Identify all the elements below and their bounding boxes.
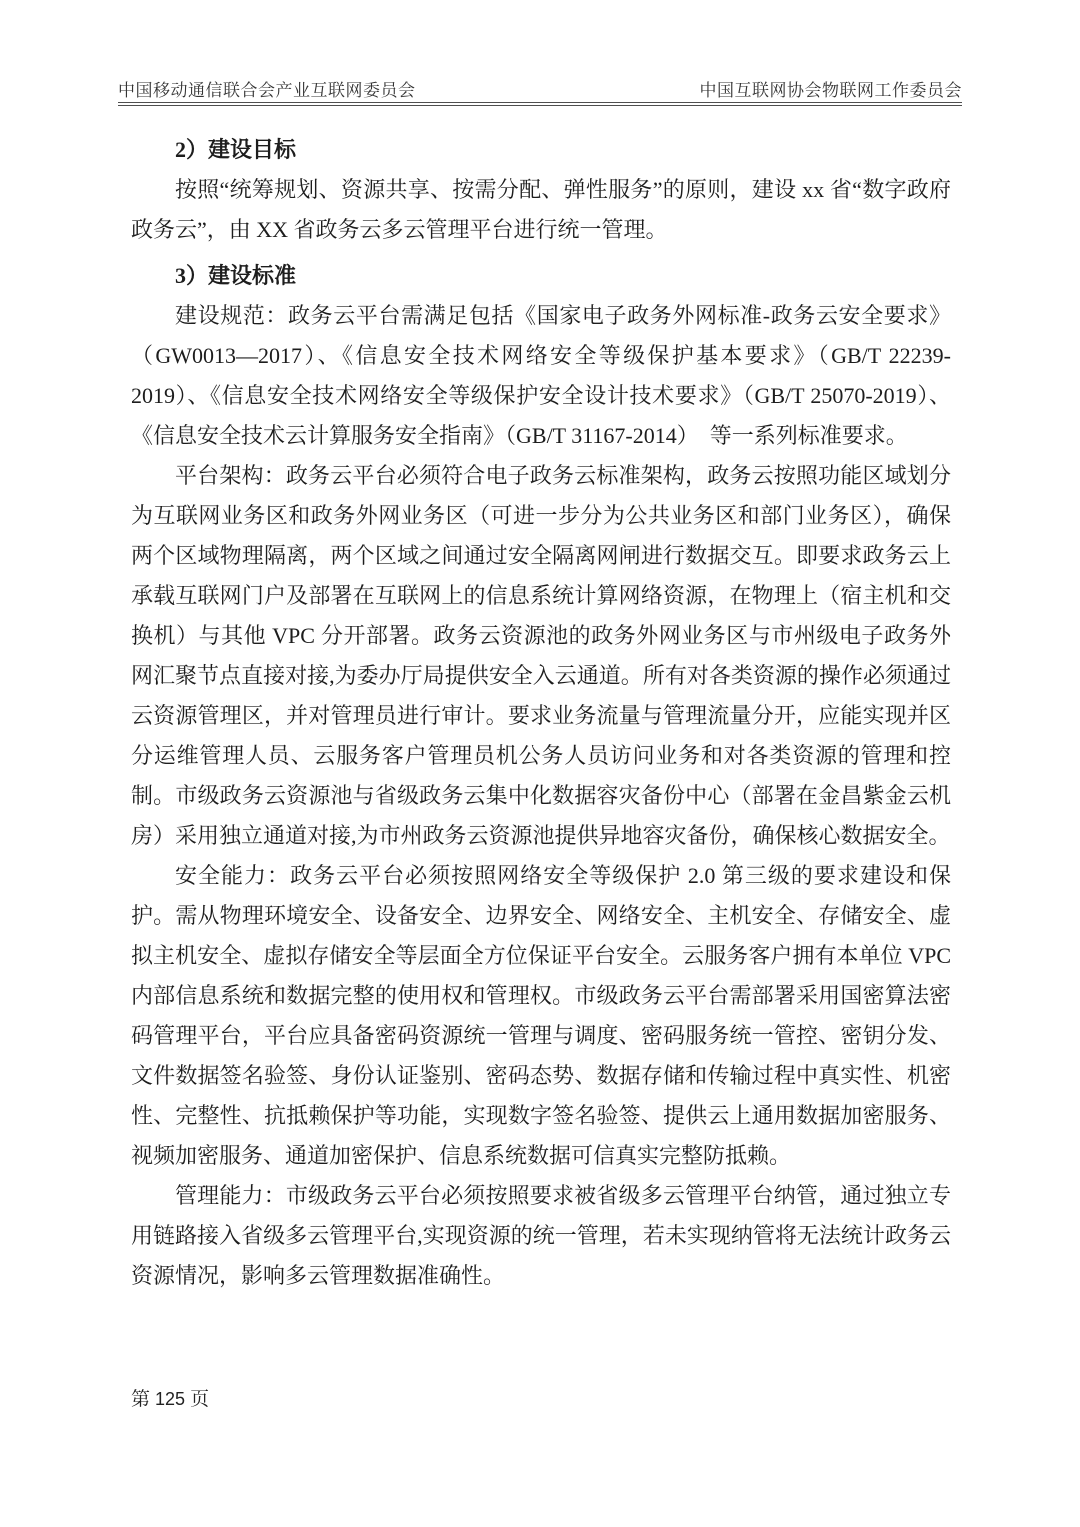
header-left-text: 中国移动通信联合会产业互联网委员会	[118, 76, 416, 101]
page-footer: 第125页	[131, 1384, 209, 1411]
paragraph-security-capability: 安全能力：政务云平台必须按照网络安全等级保护 2.0 第三级的要求建设和保护。需…	[131, 856, 951, 1176]
paragraph-platform-architecture: 平台架构：政务云平台必须符合电子政务云标准架构，政务云按照功能区域划分为互联网业…	[131, 456, 951, 856]
page-number-suffix: 页	[190, 1389, 209, 1410]
document-content: 2）建设目标 按照“统筹规划、资源共享、按需分配、弹性服务”的原则，建设 xx …	[131, 124, 951, 1296]
header-rule	[118, 102, 962, 106]
page-number-prefix: 第	[131, 1389, 150, 1410]
section-heading-construction-goal: 2）建设目标	[131, 130, 951, 170]
paragraph-management-capability: 管理能力：市级政务云平台必须按照要求被省级多云管理平台纳管，通过独立专用链路接入…	[131, 1176, 951, 1296]
header-right-text: 中国互联网协会物联网工作委员会	[700, 76, 963, 101]
section-heading-construction-standard: 3）建设标准	[131, 256, 951, 296]
paragraph-construction-spec: 建设规范：政务云平台需满足包括《国家电子政务外网标准-政务云安全要求》（GW00…	[131, 296, 951, 456]
page-number: 125	[155, 1389, 185, 1409]
document-page: 中国移动通信联合会产业互联网委员会 中国互联网协会物联网工作委员会 2）建设目标…	[0, 0, 1080, 1527]
page-header: 中国移动通信联合会产业互联网委员会 中国互联网协会物联网工作委员会	[118, 76, 962, 101]
paragraph-construction-goal: 按照“统筹规划、资源共享、按需分配、弹性服务”的原则，建设 xx 省“数字政府政…	[131, 170, 951, 250]
